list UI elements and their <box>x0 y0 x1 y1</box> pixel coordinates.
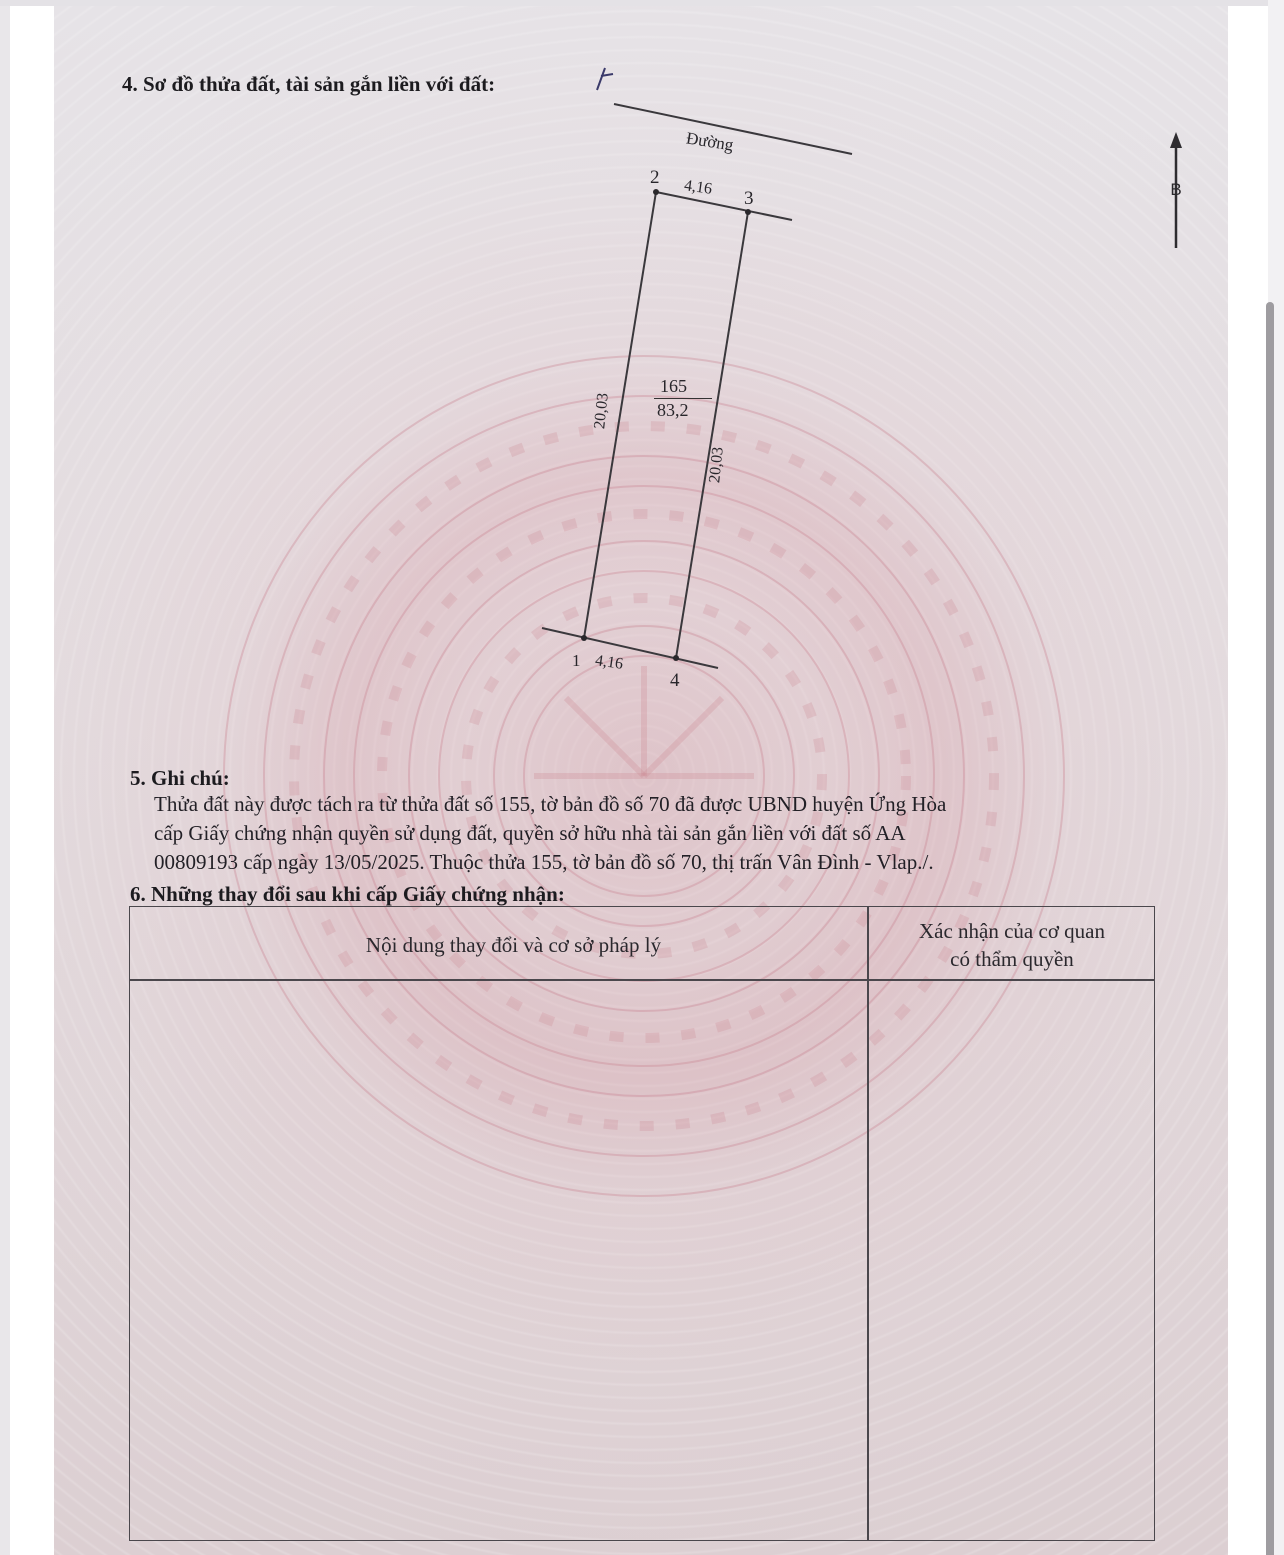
bottom-edge-length: 4,16 <box>594 652 624 674</box>
note-line: cấp Giấy chứng nhận quyền sử dụng đất, q… <box>154 819 1164 848</box>
notes-paragraph: Thửa đất này được tách ra từ thửa đất số… <box>154 790 1164 877</box>
changes-content-cell <box>130 981 866 1539</box>
column-header-line: có thẩm quyền <box>868 945 1156 973</box>
column-header-confirmation: Xác nhận của cơ quan có thẩm quyền <box>868 917 1156 973</box>
point-2-label: 2 <box>650 167 660 189</box>
column-header-line: Xác nhận của cơ quan <box>868 917 1156 945</box>
right-edge-length: 20,03 <box>706 446 728 484</box>
point-1-label: 1 <box>572 651 581 671</box>
point-4-label: 4 <box>670 670 680 692</box>
parcel-number: 165 <box>660 376 687 397</box>
confirmation-cell <box>869 981 1154 1539</box>
parcel-area: 83,2 <box>657 400 689 421</box>
note-line: Thửa đất này được tách ra từ thửa đất số… <box>154 790 1164 819</box>
land-plot-diagram <box>54 6 1228 746</box>
vertical-scrollbar[interactable] <box>1266 302 1274 1555</box>
left-edge-length: 20,03 <box>591 392 613 430</box>
certificate-page: 4. Sơ đồ thửa đất, tài sản gắn liền với … <box>54 6 1228 1555</box>
section-6-heading: 6. Những thay đổi sau khi cấp Giấy chứng… <box>130 882 565 907</box>
point-3-label: 3 <box>744 188 754 210</box>
column-header-content: Nội dung thay đổi và cơ sở pháp lý <box>130 931 867 959</box>
viewer-right-margin <box>1228 6 1268 1555</box>
north-label: B <box>1167 180 1185 200</box>
viewer-left-margin <box>10 6 54 1555</box>
section-5-heading: 5. Ghi chú: <box>130 766 230 791</box>
changes-table: Nội dung thay đổi và cơ sở pháp lý Xác n… <box>129 906 1155 1541</box>
parcel-fraction-line <box>654 398 712 399</box>
note-line: 00809193 cấp ngày 13/05/2025. Thuộc thửa… <box>154 848 1164 877</box>
top-edge-length: 4,16 <box>683 177 713 199</box>
